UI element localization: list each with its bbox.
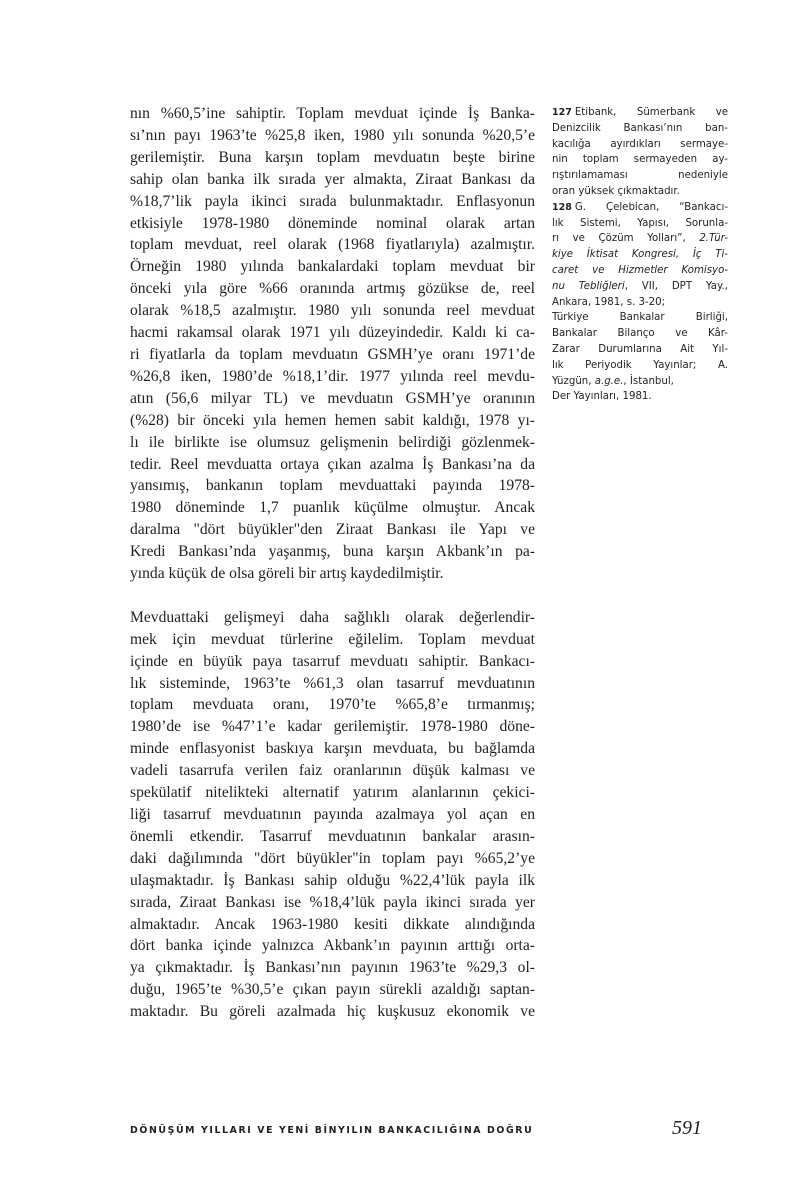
book-page: nın %60,5’ine sahiptir. Toplam mevduat i…	[0, 0, 799, 1200]
text-line: önemli etkendir. Tasarruf mevduatının ba…	[130, 826, 535, 848]
paragraph-2: Mevduattaki gelişmeyi daha sağlıklı olar…	[130, 607, 535, 1023]
footnote-text: rıştırılamaması nedeniyle	[552, 168, 728, 184]
text-line: ri fiyatlarla da toplam mevduatın GSMH’y…	[130, 344, 535, 366]
text-line: lı ile birlikte ise olumsuz gelişmenin b…	[130, 432, 535, 454]
text-line: tedir. Reel mevduatta ortaya çıkan azalm…	[130, 454, 535, 476]
footnote-text: Der Yayınları, 1981.	[552, 389, 728, 405]
text-line: sahip olan banka ilk sırada yer almakta,…	[130, 169, 535, 191]
footnote-text: , İstanbul,	[623, 376, 673, 387]
text-line: duğu, 1965’te %30,5’e çıkan payın sürekl…	[130, 979, 535, 1001]
footnote-number: 128	[552, 202, 572, 213]
footnote-title-italic: kiye İktisat Kongresi, İç Ti-	[552, 247, 728, 263]
footnote-text: oran yüksek çıkmaktadır.	[552, 184, 728, 200]
text-line: önceki yıla göre %66 oranında artmış göz…	[130, 278, 535, 300]
text-line: %18,7’lik payla ikinci sırada bulunmakta…	[130, 191, 535, 213]
text-line: olarak %18,5 azalmıştır. 1980 yılı sonun…	[130, 300, 535, 322]
footnote-text: Zarar Durumlarına Ait Yıl-	[552, 342, 728, 358]
text-line: vadeli tasarrufa verilen faiz oranlarını…	[130, 760, 535, 782]
text-line: almaktadır. Ancak 1963-1980 kesiti dikka…	[130, 914, 535, 936]
text-line: (%28) bir önceki yıla hemen hemen sabit …	[130, 410, 535, 432]
text-line: toplam mevduat, reel olarak (1968 fiyatl…	[130, 234, 535, 256]
text-line: daralma "dört büyükler"den Ziraat Bankas…	[130, 519, 535, 541]
text-line: spekülatif nitelikteki alternatif yatırı…	[130, 782, 535, 804]
text-line: maktadır. Bu göreli azalmada hiç kuşkusu…	[130, 1001, 535, 1023]
text-line: daki dağılımında "dört büyükler"in topla…	[130, 848, 535, 870]
footnote-title-italic: caret ve Hizmetler Komisyo-	[552, 263, 728, 279]
text-line: nın %60,5’ine sahiptir. Toplam mevduat i…	[130, 103, 535, 125]
footnote-text: , VII, DPT Yay.,	[625, 281, 728, 292]
footnote-text: Etibank, Sümerbank ve	[575, 107, 728, 118]
paragraph-1: nın %60,5’ine sahiptir. Toplam mevduat i…	[130, 103, 535, 585]
footnote-text: Bankalar Bilanço ve Kâr-	[552, 326, 728, 342]
text-line: gerilemiştir. Buna karşın toplam mevduat…	[130, 147, 535, 169]
text-line: ulaşmaktadır. İş Bankası sahip olduğu %2…	[130, 870, 535, 892]
text-line: Kredi Bankası’nda yaşanmış, buna karşın …	[130, 541, 535, 563]
text-line: dört banka içinde yalnızca Akbank’ın pay…	[130, 935, 535, 957]
main-text-column: nın %60,5’ine sahiptir. Toplam mevduat i…	[130, 103, 535, 1023]
footnote-text: Türkiye Bankalar Birliği,	[552, 310, 728, 326]
text-line: %26,8 iken, 1980’de %18,1’dir. 1977 yılı…	[130, 366, 535, 388]
text-line: ya çıkmaktadır. İş Bankası’nın payının 1…	[130, 957, 535, 979]
text-line: minde enflasyonist baskıya karşın mevdua…	[130, 738, 535, 760]
footnote-text: rı ve Çözüm Yolları”,	[552, 233, 699, 244]
footnote-abbrev-italic: a.g.e.	[595, 376, 624, 387]
footnote-title-italic: nu Tebliğleri	[552, 281, 625, 292]
text-line: sı’nın payı 1963’te %25,8 iken, 1980 yıl…	[130, 125, 535, 147]
footnote-number: 127	[552, 107, 572, 118]
text-line: Mevduattaki gelişmeyi daha sağlıklı olar…	[130, 607, 535, 629]
footnote-text: Ankara, 1981, s. 3-20;	[552, 295, 728, 311]
footnote-128: 128G. Çelebican, “Bankacı- lık Sistemi, …	[552, 200, 728, 405]
text-line: yında küçük de olsa göreli bir artış kay…	[130, 563, 535, 585]
footnote-title-italic: 2.Tür-	[699, 233, 728, 244]
footnote-text: Denizcilik Bankası’nın ban-	[552, 121, 728, 137]
text-line: liği tasarruf mevduatının payında azalma…	[130, 804, 535, 826]
text-line: sırada, Ziraat Bankası ise %18,4’lük pay…	[130, 892, 535, 914]
text-line: lık sisteminde, 1963’te %61,3 olan tasar…	[130, 673, 535, 695]
text-line: atın (56,6 milyar TL) ve mevduatın GSMH’…	[130, 388, 535, 410]
footnote-text: nin toplam sermayeden ay-	[552, 152, 728, 168]
text-line: toplam mevduata oranı, 1970’te %65,8’e t…	[130, 694, 535, 716]
footnote-text: lık Sistemi, Yapısı, Sorunla-	[552, 216, 728, 232]
footnote-127: 127Etibank, Sümerbank ve Denizcilik Bank…	[552, 105, 728, 200]
page-number: 591	[672, 1117, 702, 1140]
text-line: hacmi rakamsal olarak 1971 yılı düzeyind…	[130, 322, 535, 344]
text-line: yansımış, bankanın toplam mevduattaki pa…	[130, 475, 535, 497]
footnote-text: Yüzgün,	[552, 376, 595, 387]
text-line: 1980 döneminde 1,7 puanlık küçülme olmuş…	[130, 497, 535, 519]
text-line: 1980’de ise %47’1’e kadar gerilemiştir. …	[130, 716, 535, 738]
footnote-text: lık Periyodik Yayınlar; A.	[552, 358, 728, 374]
text-line: mek için mevduat türlerine eğilelim. Top…	[130, 629, 535, 651]
running-title: DÖNÜŞÜM YILLARI VE YENİ BİNYILIN BANKACI…	[130, 1125, 533, 1136]
text-line: içinde en büyük paya tasarruf mevduatı s…	[130, 651, 535, 673]
footnote-text: G. Çelebican, “Bankacı-	[575, 202, 728, 213]
footnote-text: kacılığa ayırdıkları sermaye-	[552, 137, 728, 153]
text-line: etkisiyle 1978-1980 döneminde nominal ol…	[130, 213, 535, 235]
margin-footnotes: 127Etibank, Sümerbank ve Denizcilik Bank…	[552, 105, 728, 405]
text-line: Örneğin 1980 yılında bankalardaki toplam…	[130, 256, 535, 278]
